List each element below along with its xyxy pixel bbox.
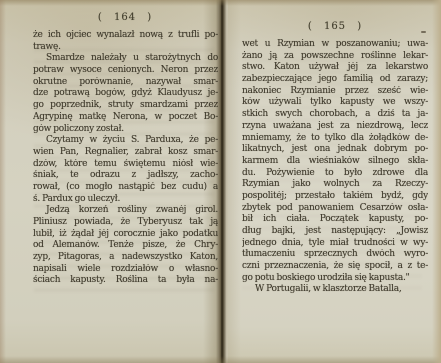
text-line: rzyna uważana jest za niezdrową, lecz [242,121,428,133]
text-line: wien Pan, Regnalier, zabrał kosz smar- [33,147,218,159]
scan-edge-right [432,0,441,363]
text-line: zabezpieczające jego familią od zarazy; [242,74,428,86]
text-line: karmem dla wieśniaków silnego skła- [242,156,428,168]
text-line: Rzymian jako wolnych za Rzeczy- [242,179,428,191]
text-line: du. Pożywienie to było zdrowe dla [242,168,428,180]
text-line: go poprzednik, struty smardzami przez [33,100,218,112]
page-text-164: że ich ojciec wynalazł nową z trufli po-… [33,30,218,287]
text-line: ś. Pardux go uleczył. [33,194,218,206]
text-line: śniak, te odrazu z jadłszy, zacho- [33,170,218,182]
text-line: ściach kapusty. Roślina ta była na- [33,275,218,287]
text-line: lubił, iż żądał jéj corocznie jako podat… [33,229,218,241]
scan-edge-left [0,0,6,363]
text-line: czni przeznaczenia, że się spocił, a z t… [242,261,428,273]
text-line: ków używali tylko kapusty we wszy- [242,97,428,109]
scan-speck-marks [421,31,426,33]
text-line: napisali wiele rozdziałów o własno- [33,264,218,276]
text-line: jednego dnia, tyle miał trudności w wy- [242,238,428,250]
text-line: Agrypinę matkę Nerona, w poczet Bo- [33,112,218,124]
text-line: likatnych, jest ona jednak dobrym po- [242,144,428,156]
text-line: okrutne porównanie, nazywał smar- [33,77,218,89]
text-line: żano ją za powszechne roślinne lekar- [242,51,428,63]
page-number-right: ( 165 ) [242,21,428,32]
scan-edge-top [0,0,441,6]
text-line: Jedzą korzeń rośliny zwanéj girol. [33,205,218,217]
text-line: Czytamy w życiu S. Parduxa, że pe- [33,135,218,147]
text-line: Smardze należały u starożytnych do [33,53,218,65]
page-text-165: wet u Rzymian w poszanowaniu; uwa-żano j… [242,39,428,296]
text-line: zbytek pod panowaniem Cesarzów osła- [242,203,428,215]
text-line: zyp, Pitagoras, a nadewszystko Katon, [33,252,218,264]
text-line: dług bajki, jest następujący: „Jowisz [242,226,428,238]
text-line: dze potrawą bogów, gdyż Klaudyusz je- [33,88,218,100]
page-number-left: ( 164 ) [33,12,217,23]
text-line: mniemamy, że to tylko dla żołądków de- [242,133,428,145]
text-line: rował, (co mogło nastąpić bez cudu) a [33,182,218,194]
text-line: bił ich ciała. Początek kapusty, po- [242,214,428,226]
text-line: tłumaczeniu sprzecznych dwóch wyro- [242,249,428,261]
text-line: gów policzony został. [33,124,218,136]
text-line: że ich ojciec wynalazł nową z trufli po- [33,30,218,42]
text-line: go potu boskiego urodziła się kapusta." [242,273,428,285]
text-line: potraw wysoce cenionych. Neron przez [33,65,218,77]
text-line: nakoniec Rzymianie przez sześć wie- [242,86,428,98]
text-line: dzów, które temu świętemu niósł wie- [33,159,218,171]
scan-edge-bottom [0,356,441,363]
text-line: trawę. [33,42,218,54]
text-line: W Portugalii, w klasztorze Batalla, [242,284,428,296]
book-spread: ( 164 ) ( 165 ) że ich ojciec wynalazł n… [0,0,441,363]
text-line: Pliniusz powiada, że Tyberyusz tak ją [33,217,218,229]
text-line: wet u Rzymian w poszanowaniu; uwa- [242,39,428,51]
text-line: pospolitéj; przestało takiém bydź, gdy [242,191,428,203]
text-line: stwo. Katon używał jéj za lekarstwo [242,62,428,74]
text-line: stkich swych chorobach, a dziś ta ja- [242,109,428,121]
text-line: od Alemanów. Tenże pisze, że Chry- [33,240,218,252]
